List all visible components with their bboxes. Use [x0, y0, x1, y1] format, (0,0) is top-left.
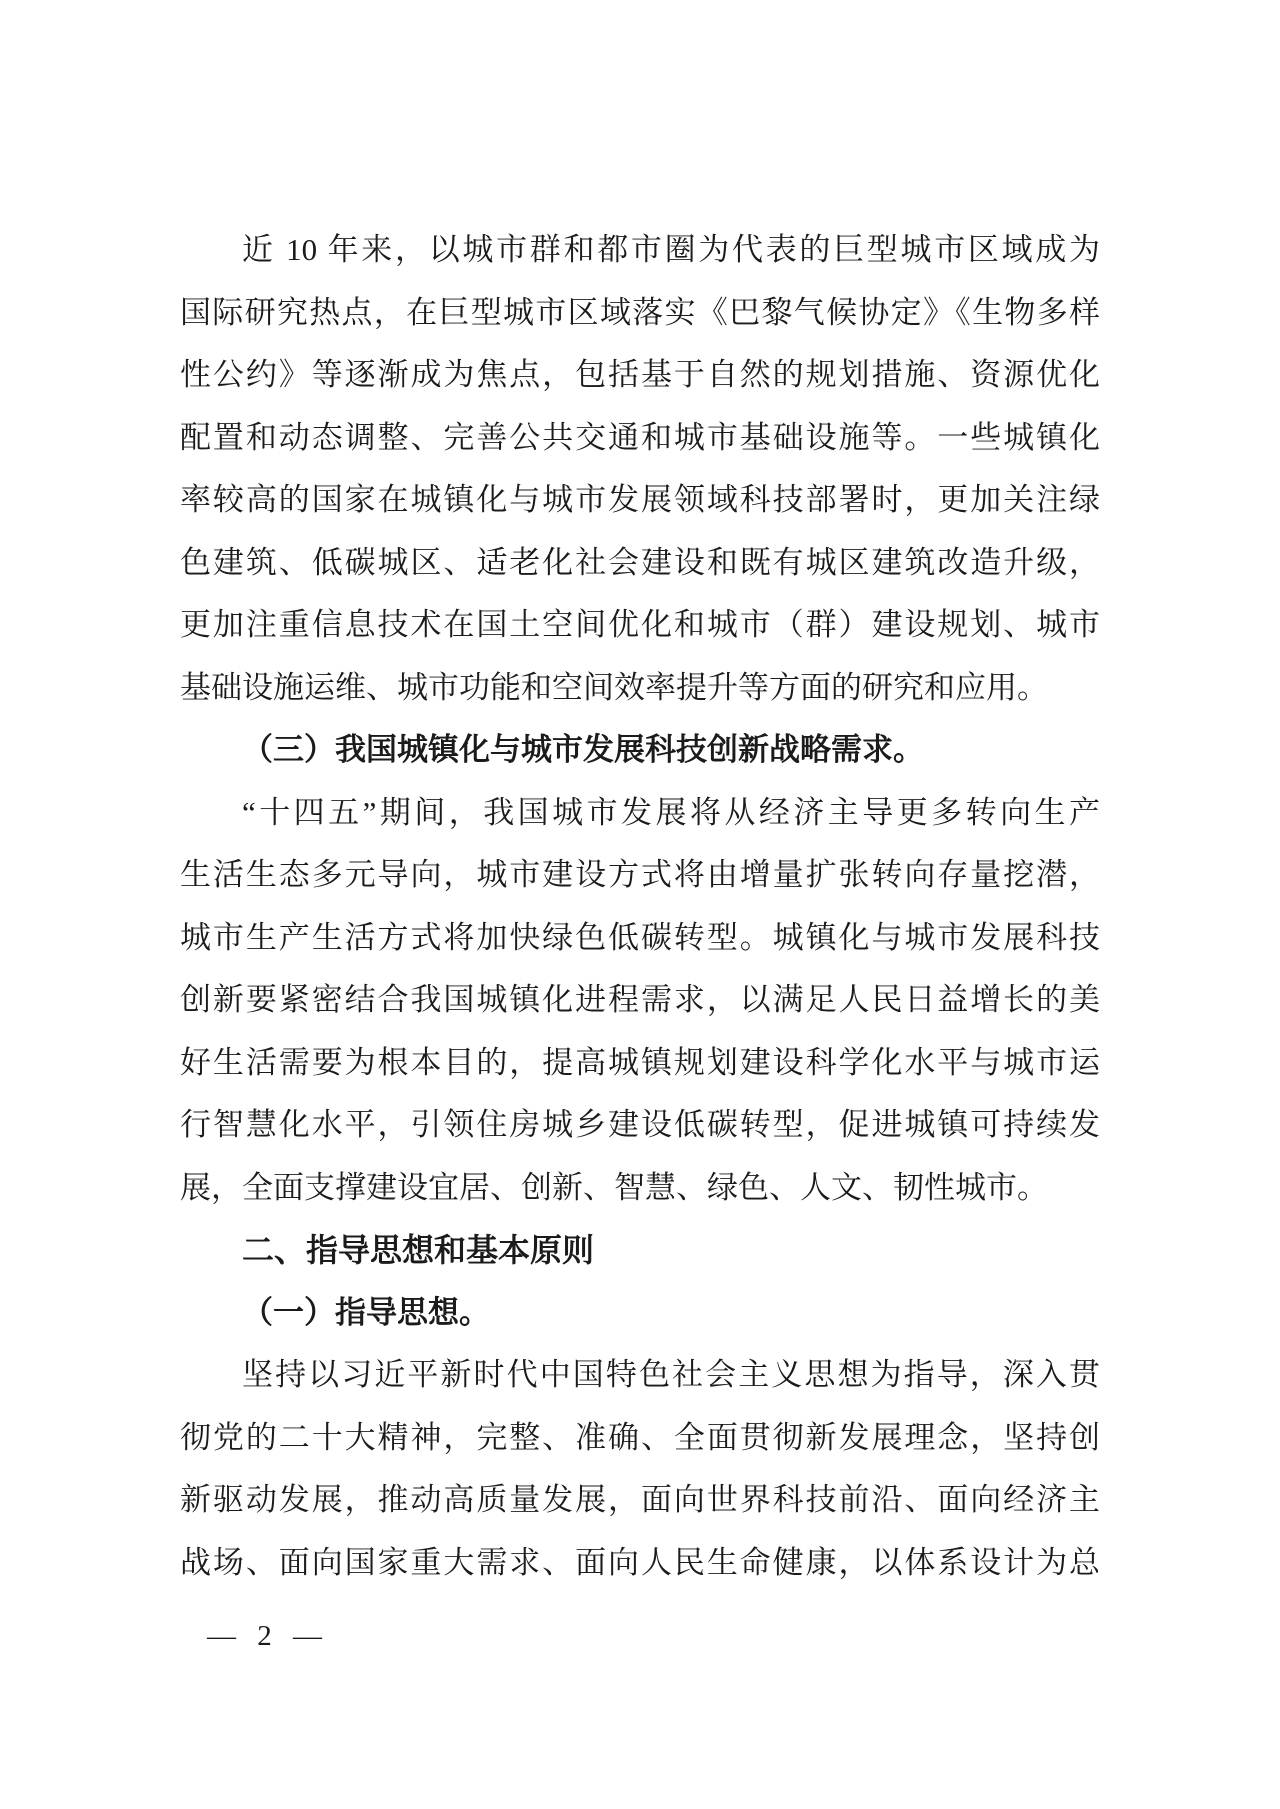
text-line: 创新要紧密结合我国城镇化进程需求，以满足人民日益增长的美	[180, 969, 1100, 1032]
text-line: 色建筑、低碳城区、适老化社会建设和既有城区建筑改造升级，	[180, 532, 1100, 595]
text-line: 国际研究热点，在巨型城市区域落实《巴黎气候协定》《生物多样	[180, 282, 1100, 345]
document-content: 近 10 年来，以城市群和都市圈为代表的巨型城市区域成为国际研究热点，在巨型城市…	[180, 219, 1100, 1594]
text-line: 生活生态多元导向，城市建设方式将由增量扩张转向存量挖潜，	[180, 844, 1100, 907]
section-heading: （一）指导思想。	[180, 1282, 1100, 1345]
text-line: 好生活需要为根本目的，提高城镇规划建设科学化水平与城市运	[180, 1032, 1100, 1095]
text-line: 战场、面向国家重大需求、面向人民生命健康，以体系设计为总	[180, 1532, 1100, 1595]
text-line: 彻党的二十大精神，完整、准确、全面贯彻新发展理念，坚持创	[180, 1407, 1100, 1470]
text-line: 展，全面支撑建设宜居、创新、智慧、绿色、人文、韧性城市。	[180, 1157, 1100, 1220]
text-line: 新驱动发展，推动高质量发展，面向世界科技前沿、面向经济主	[180, 1469, 1100, 1532]
text-line: 率较高的国家在城镇化与城市发展领域科技部署时，更加关注绿	[180, 469, 1100, 532]
text-line: 配置和动态调整、完善公共交通和城市基础设施等。一些城镇化	[180, 407, 1100, 470]
text-line: 行智慧化水平，引领住房城乡建设低碳转型，促进城镇可持续发	[180, 1094, 1100, 1157]
section-heading: （三）我国城镇化与城市发展科技创新战略需求。	[180, 719, 1100, 782]
text-line: 更加注重信息技术在国土空间优化和城市（群）建设规划、城市	[180, 594, 1100, 657]
text-line: 城市生产生活方式将加快绿色低碳转型。城镇化与城市发展科技	[180, 907, 1100, 970]
text-line: 性公约》等逐渐成为焦点，包括基于自然的规划措施、资源优化	[180, 344, 1100, 407]
text-line: 近 10 年来，以城市群和都市圈为代表的巨型城市区域成为	[180, 219, 1100, 282]
text-line: 坚持以习近平新时代中国特色社会主义思想为指导，深入贯	[180, 1344, 1100, 1407]
document-page: 近 10 年来，以城市群和都市圈为代表的巨型城市区域成为国际研究热点，在巨型城市…	[0, 0, 1280, 1809]
text-line: 基础设施运维、城市功能和空间效率提升等方面的研究和应用。	[180, 657, 1100, 720]
text-line: “十四五”期间，我国城市发展将从经济主导更多转向生产	[180, 782, 1100, 845]
section-heading: 二、指导思想和基本原则	[180, 1219, 1100, 1282]
page-number: — 2 —	[207, 1616, 329, 1656]
